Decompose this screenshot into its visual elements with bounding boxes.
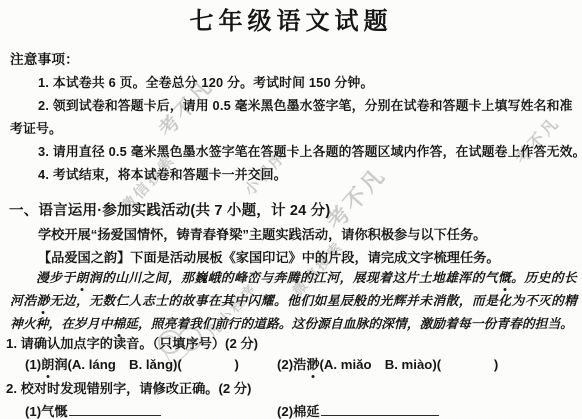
passage-text: 延，照亮着我们前行的道路。这份源自血脉的深情，激励着每一份青春的担当。 [125,317,573,332]
answer-parentheses: ( ) [437,357,499,372]
emphasized-char: 棉 [112,317,125,333]
board-intro: 【品爱国之韵】下面是活动展板《家国印记》中的片段，请完成文字梳理任务。 [38,250,500,267]
answer-parentheses: ( ) [177,357,239,372]
passage-text: 。历史的长 [511,271,577,286]
answer-blank [321,402,439,416]
item-label: (1) [25,357,41,372]
watermark-text: 考不凡 [319,159,392,235]
passage-text: 润的山川之间，那巍峨的峰峦与奔腾的江河，展现着这片土地雄浑的气 [89,271,498,286]
passage-text: 神火种，在岁月中 [10,317,112,332]
section-heading: 一、语言运用·参加实践活动(共 7 小题，计 24 分) [9,202,330,220]
emphasized-char: 朗 [76,271,89,287]
watermark-text: 微信搜索 [288,236,348,300]
passage-text: 河浩 [10,294,36,309]
pinyin-options: (A. miǎo B. miào) [320,357,437,372]
emphasized-char: 慨 [498,271,511,287]
notice-line: 3. 请用直径 0.5 毫米黑色墨水签字笔在答题卡上各题的答题区域内作答，在试题… [38,144,582,160]
item-label: (2) [277,404,293,419]
notice-line: 考证号。 [10,121,62,137]
item-label: (2)浩 [277,357,306,372]
emphasized-char: 渺 [36,294,49,310]
notice-line: 4. 考试结束，将本试卷和答题卡一并交回。 [38,167,287,183]
emphasized-char: 气 [41,404,54,419]
item-label: (1) [25,404,41,419]
notice-header: 注意事项： [10,52,79,69]
item-word: 延 [306,404,319,419]
passage-text: 漫步于 [36,271,76,286]
passage-line: 漫步于朗润的山川之间，那巍峨的峰峦与奔腾的江河，展现着这片土地雄浑的气慨。历史的… [36,271,577,287]
emphasized-char: 渺 [306,357,319,374]
notice-line: 1. 本试卷共 6 页。全卷总分 120 分。考试时间 150 分钟。 [38,75,374,91]
passage-line: 神火种，在岁月中棉延，照亮着我们前行的道路。这份源自血脉的深情，激励着每一份青春… [10,317,573,333]
emphasized-char: 棉 [293,404,306,419]
paper-title: 七年级语文试题 [0,7,582,37]
passage-line: 河浩渺无边，无数仁人志士的故事在其中闪耀。他们如星辰般的光辉并未消散，而是化为不… [10,294,577,310]
item-word: 润 [54,357,67,372]
task-intro: 学校开展“扬爱国情怀，铸青春脊梁”主题实践活动，请你积极参与以下任务。 [38,227,486,244]
emphasized-char: 朗 [41,357,54,374]
q1-stem: 1. 请确认加点字的读音。（只填序号）(2 分) [6,336,258,353]
item-word: 慨 [54,404,67,419]
notice-line: 2. 领到试卷和答题卡后，请用 0.5 毫米黑色墨水签字笔，分别在试卷和答题卡上… [38,98,573,114]
answer-blank [69,402,161,416]
exam-paper-page: { "page": { "title": "七年级语文试题" }, "notic… [0,0,582,419]
q2-item-2: (2)棉延 [277,402,439,419]
passage-text: 无边，无数仁人志士的故事在其中闪耀。他们如星辰般的光辉并未消散，而是化为不灭的精 [50,294,578,309]
q1-item-2: (2)浩渺(A. miǎo B. miào)( ) [277,357,498,374]
q1-item-1: (1)朗润(A. láng B. lǎng)( ) [25,357,239,374]
q2-stem: 2. 校对时发现错别字，请修改正确。(2 分) [6,381,251,398]
pinyin-options: (A. láng B. lǎng) [68,357,178,372]
q2-item-1: (1)气慨 [25,402,161,419]
